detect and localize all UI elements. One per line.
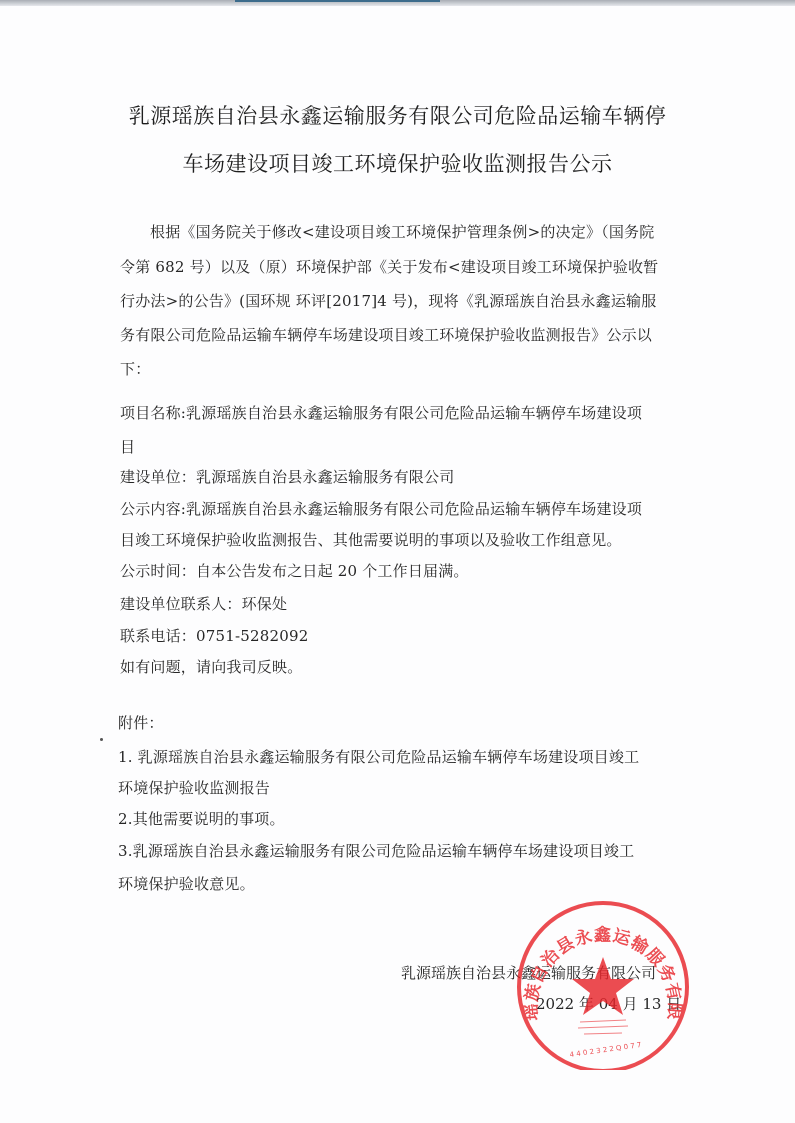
contact-phone-line: 联系电话：0751-5282092 bbox=[120, 625, 308, 646]
signature-date: 2022 年 04 月 13 日 bbox=[536, 993, 681, 1014]
company-seal-icon: 乳源瑶族自治县永鑫运输服务有限公司 4 4 0 2 3 2 2 Q 0 7 7 bbox=[508, 900, 698, 1070]
attachments-heading: 附件： bbox=[118, 712, 164, 733]
svg-text:4 4 0 2 3 2 2 Q 0 7 7: 4 4 0 2 3 2 2 Q 0 7 7 bbox=[569, 1041, 642, 1059]
project-name-line: 目 bbox=[120, 436, 135, 457]
scan-top-edge bbox=[0, 0, 795, 6]
scan-speck bbox=[100, 738, 103, 741]
intro-line: 下： bbox=[120, 358, 150, 379]
feedback-line: 如有问题，请向我司反映。 bbox=[120, 656, 302, 677]
contact-person-line: 建设单位联系人：环保处 bbox=[120, 593, 287, 614]
notice-period-line: 公示时间：自本公告发布之日起 20 个工作日届满。 bbox=[120, 560, 469, 581]
intro-line: 根据《国务院关于修改<建设项目竣工环境保护管理条例>的决定》（国务院 bbox=[150, 221, 654, 242]
project-name-line: 项目名称:乳源瑶族自治县永鑫运输服务有限公司危险品运输车辆停车场建设项 bbox=[120, 402, 642, 423]
construction-unit-line: 建设单位：乳源瑶族自治县永鑫运输服务有限公司 bbox=[120, 466, 454, 487]
document-title-line-1: 乳源瑶族自治县永鑫运输服务有限公司危险品运输车辆停 bbox=[0, 100, 795, 130]
scan-artifact bbox=[235, 0, 440, 2]
document-title-line-2: 车场建设项目竣工环境保护验收监测报告公示 bbox=[0, 148, 795, 178]
attachment-item-3-cont: 环境保护验收意见。 bbox=[118, 873, 255, 894]
attachment-item-2: 2.其他需要说明的事项。 bbox=[118, 808, 285, 829]
intro-line: 务有限公司危险品运输车辆停车场建设项目竣工环境保护验收监测报告》公示以 bbox=[120, 324, 652, 345]
notice-content-line: 公示内容:乳源瑶族自治县永鑫运输服务有限公司危险品运输车辆停车场建设项 bbox=[120, 498, 642, 519]
signature-company: 乳源瑶族自治县永鑫运输服务有限公司 bbox=[401, 962, 656, 983]
notice-content-line: 目竣工环境保护验收监测报告、其他需要说明的事项以及验收工作组意见。 bbox=[120, 529, 622, 550]
intro-line: 令第 682 号）以及（原）环境保护部《关于发布<建设项目竣工环境保护验收暂 bbox=[120, 256, 658, 277]
attachment-item-1-cont: 环境保护验收监测报告 bbox=[118, 777, 270, 798]
attachment-item-3: 3.乳源瑶族自治县永鑫运输服务有限公司危险品运输车辆停车场建设项目竣工 bbox=[118, 840, 634, 861]
intro-line: 行办法>的公告》(国环规 环评[2017]4 号)，现将《乳源瑶族自治县永鑫运输… bbox=[120, 290, 656, 311]
attachment-item-1: 1. 乳源瑶族自治县永鑫运输服务有限公司危险品运输车辆停车场建设项目竣工 bbox=[118, 746, 639, 767]
